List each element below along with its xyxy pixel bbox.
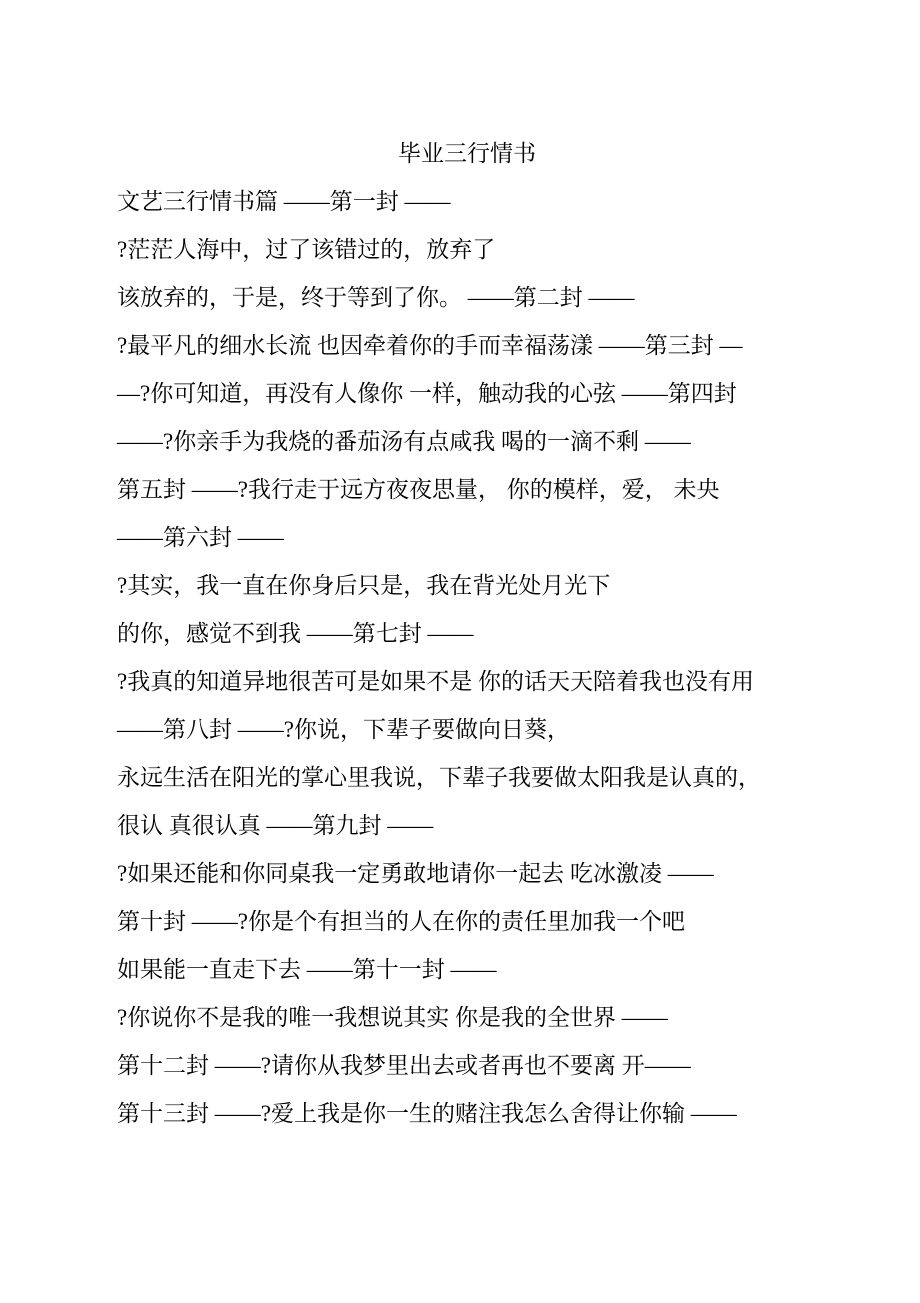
text-line: 第十封 ——?你是个有担当的人在你的责任里加我一个吧 — [117, 898, 825, 946]
text-line: 永远生活在阳光的掌心里我说，下辈子我要做太阳我是认真的， — [117, 754, 825, 802]
text-line: 很认 真很认真 ——第九封 —— — [117, 802, 825, 850]
text-line: ?其实，我一直在你身后只是，我在背光处月光下 — [117, 562, 825, 610]
text-line: 第五封 ——?我行走于远方夜夜思量， 你的模样，爱， 未央 — [117, 466, 825, 514]
text-line: 如果能一直走下去 ——第十一封 —— — [117, 946, 825, 994]
text-line: 的你，感觉不到我 ——第七封 —— — [117, 610, 825, 658]
text-line: 第十三封 ——?爱上我是你一生的赌注我怎么舍得让你输 —— — [117, 1090, 825, 1138]
text-line: 第十二封 ——?请你从我梦里出去或者再也不要离 开—— — [117, 1042, 825, 1090]
text-line: ——第六封 —— — [117, 514, 825, 562]
text-line: ?最平凡的细水长流 也因牵着你的手而幸福荡漾 ——第三封 — — [117, 322, 825, 370]
text-line: ——第八封 ——?你说，下辈子要做向日葵， — [117, 706, 825, 754]
text-line: ?如果还能和你同桌我一定勇敢地请你一起去 吃冰激凌 —— — [117, 850, 825, 898]
text-line: 文艺三行情书篇 ——第一封 —— — [117, 178, 825, 226]
document-page: 毕业三行情书 文艺三行情书篇 ——第一封 —— ?茫茫人海中，过了该错过的，放弃… — [0, 0, 920, 1303]
text-line: ——?你亲手为我烧的番茄汤有点咸我 喝的一滴不剩 —— — [117, 418, 825, 466]
text-line: —?你可知道，再没有人像你 一样，触动我的心弦 ——第四封 — [117, 370, 825, 418]
text-line: 该放弃的，于是，终于等到了你。 ——第二封 —— — [117, 274, 825, 322]
text-line: ?茫茫人海中，过了该错过的，放弃了 — [117, 226, 825, 274]
text-line: ?我真的知道异地很苦可是如果不是 你的话天天陪着我也没有用 — [117, 658, 825, 706]
text-line: ?你说你不是我的唯一我想说其实 你是我的全世界 —— — [117, 994, 825, 1042]
document-title: 毕业三行情书 — [109, 130, 825, 178]
